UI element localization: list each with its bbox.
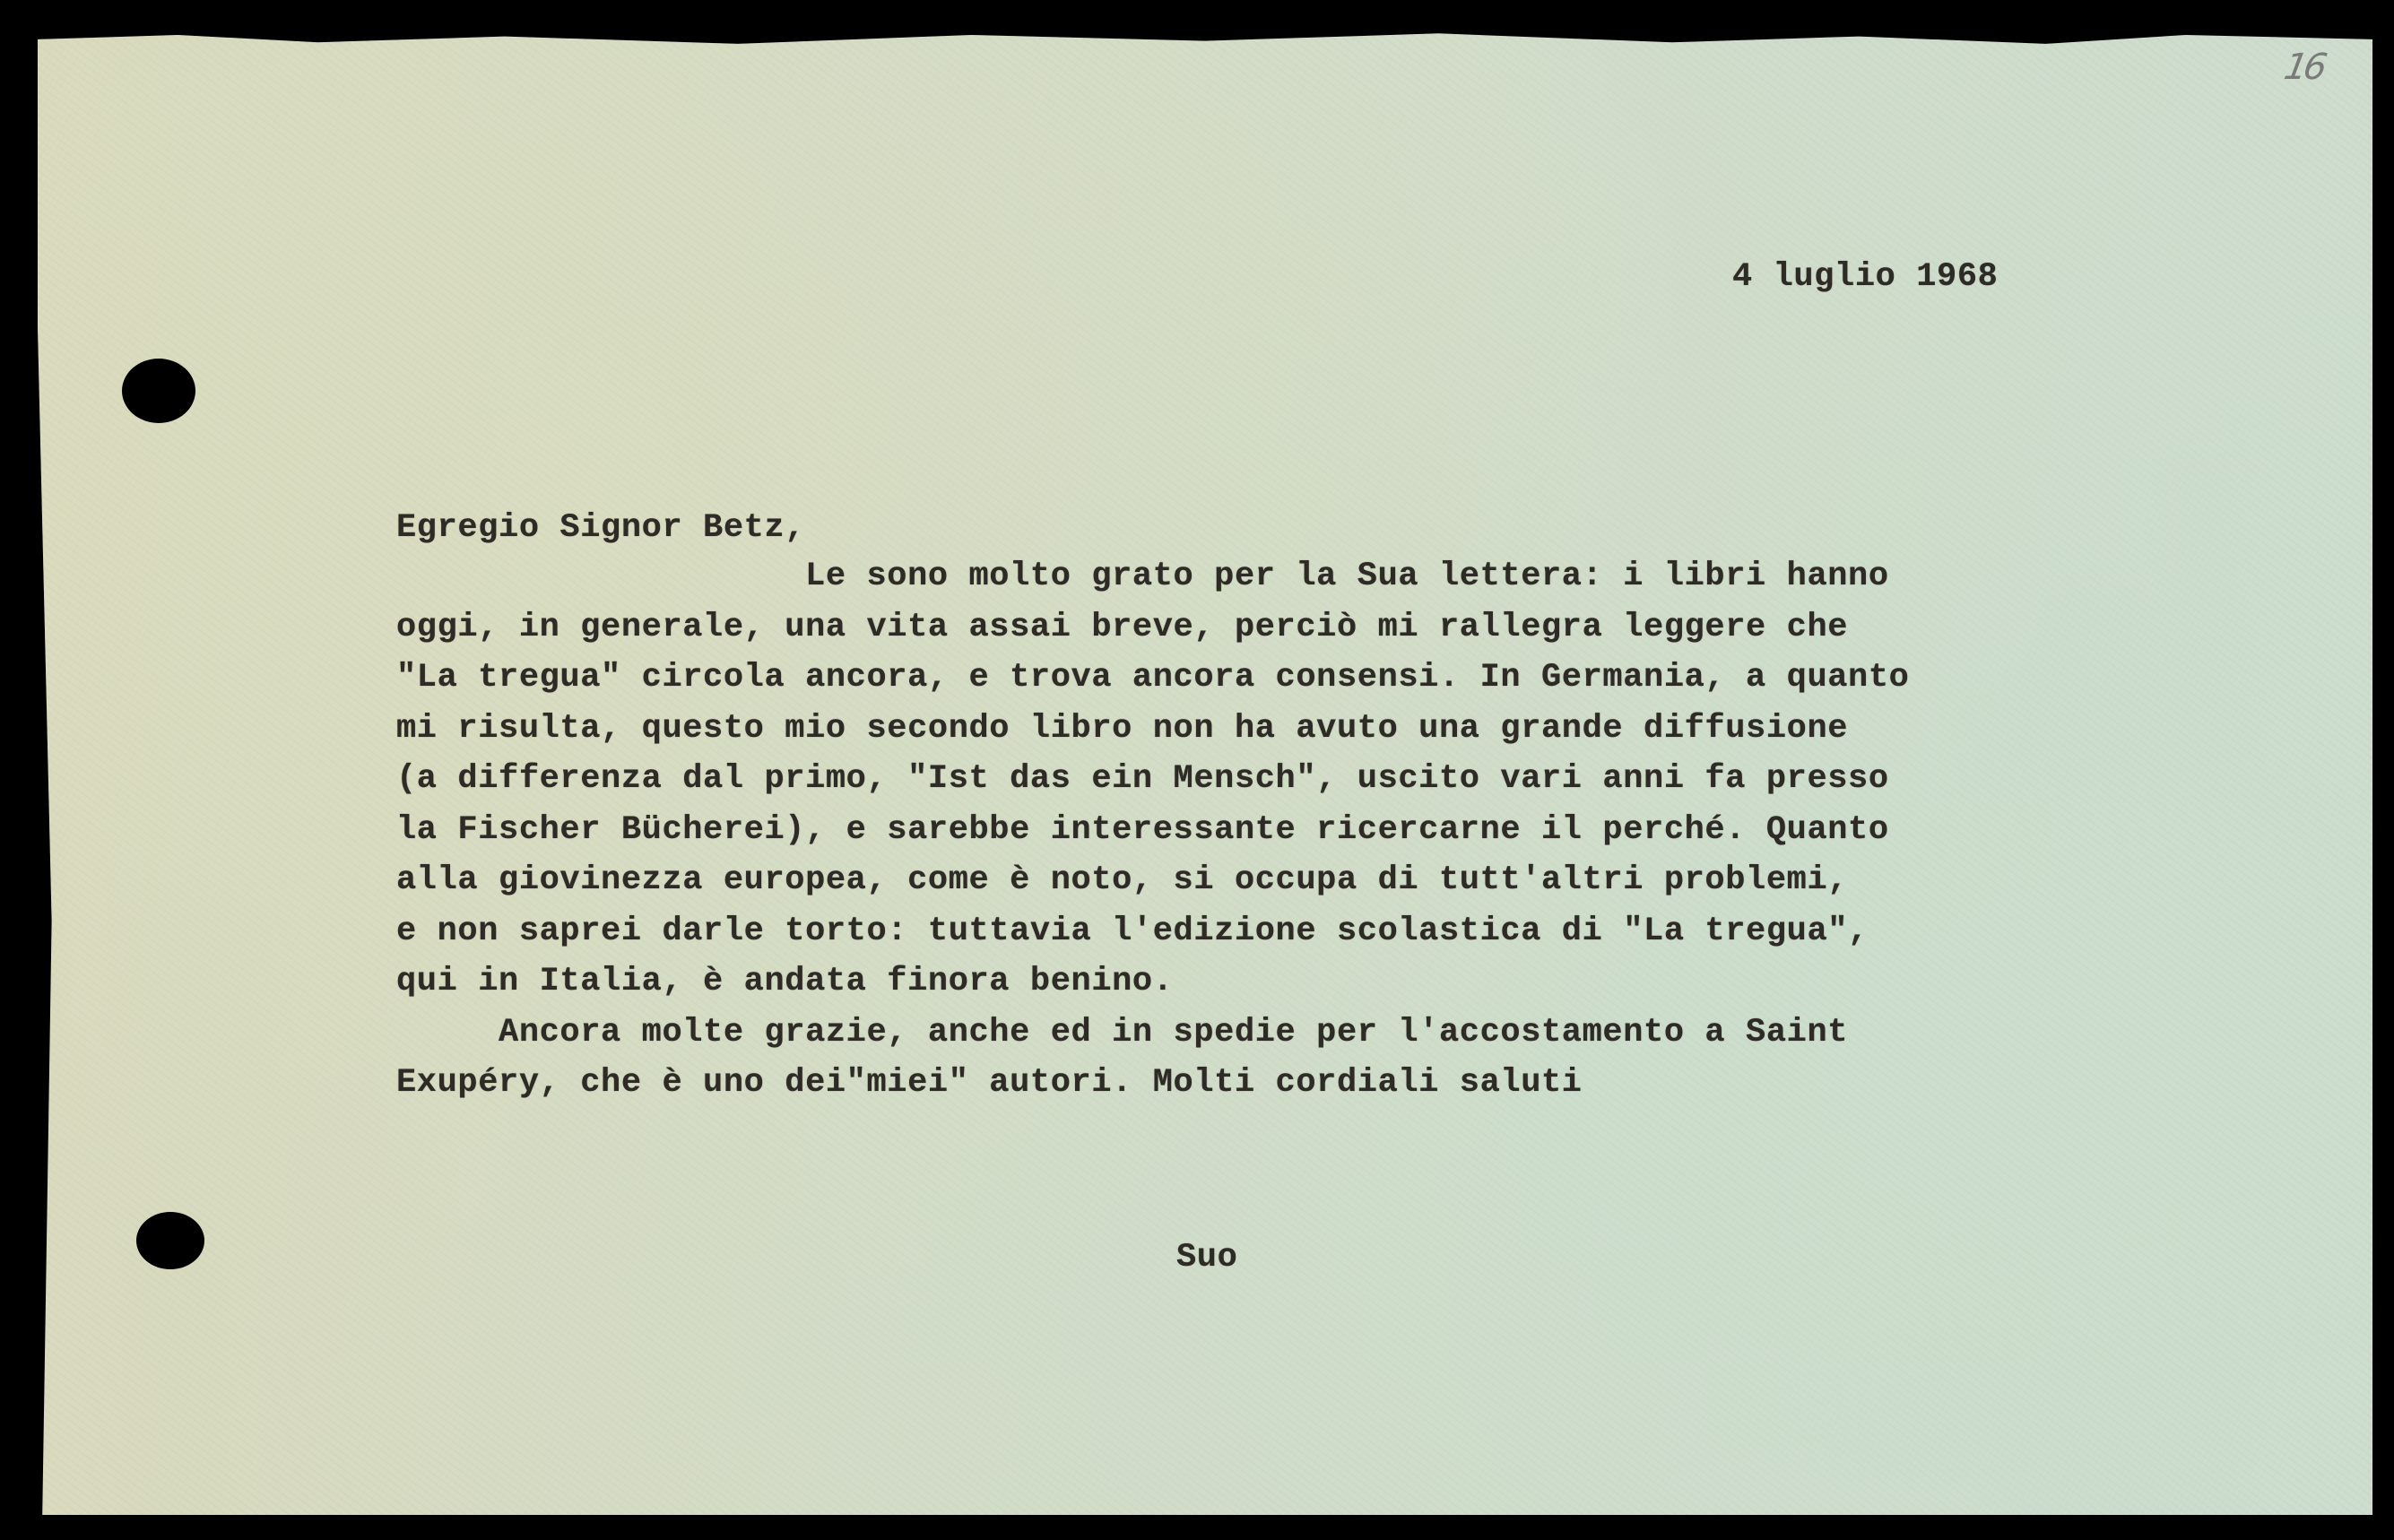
- punch-hole-top: [122, 359, 195, 423]
- letter-body: Le sono molto grato per la Sua lettera: …: [396, 551, 1909, 1109]
- body-line: Le sono molto grato per la Sua lettera: …: [396, 551, 1909, 602]
- body-line: oggi, in generale, una vita assai breve,…: [396, 602, 1909, 653]
- body-line: "La tregua" circola ancora, e trova anco…: [396, 653, 1909, 704]
- body-line: la Fischer Bücherei), e sarebbe interess…: [396, 805, 1909, 856]
- handwritten-page-number: 16: [2281, 47, 2327, 88]
- body-line: (a differenza dal primo, "Ist das ein Me…: [396, 754, 1909, 805]
- body-line: qui in Italia, è andata finora benino.: [396, 956, 1909, 1008]
- letter-salutation: Egregio Signor Betz,: [396, 509, 805, 547]
- punch-hole-bottom: [136, 1212, 204, 1269]
- letter-closing: Suo: [1176, 1239, 1237, 1276]
- body-line: Exupéry, che è uno dei"miei" autori. Mol…: [396, 1058, 1909, 1109]
- body-line: alla giovinezza europea, come è noto, si…: [396, 855, 1909, 906]
- body-line: mi risulta, questo mio secondo libro non…: [396, 704, 1909, 755]
- body-line: Ancora molte grazie, anche ed in spedie …: [396, 1008, 1909, 1059]
- body-line: e non saprei darle torto: tuttavia l'edi…: [396, 906, 1909, 957]
- letter-date: 4 luglio 1968: [1732, 258, 1998, 296]
